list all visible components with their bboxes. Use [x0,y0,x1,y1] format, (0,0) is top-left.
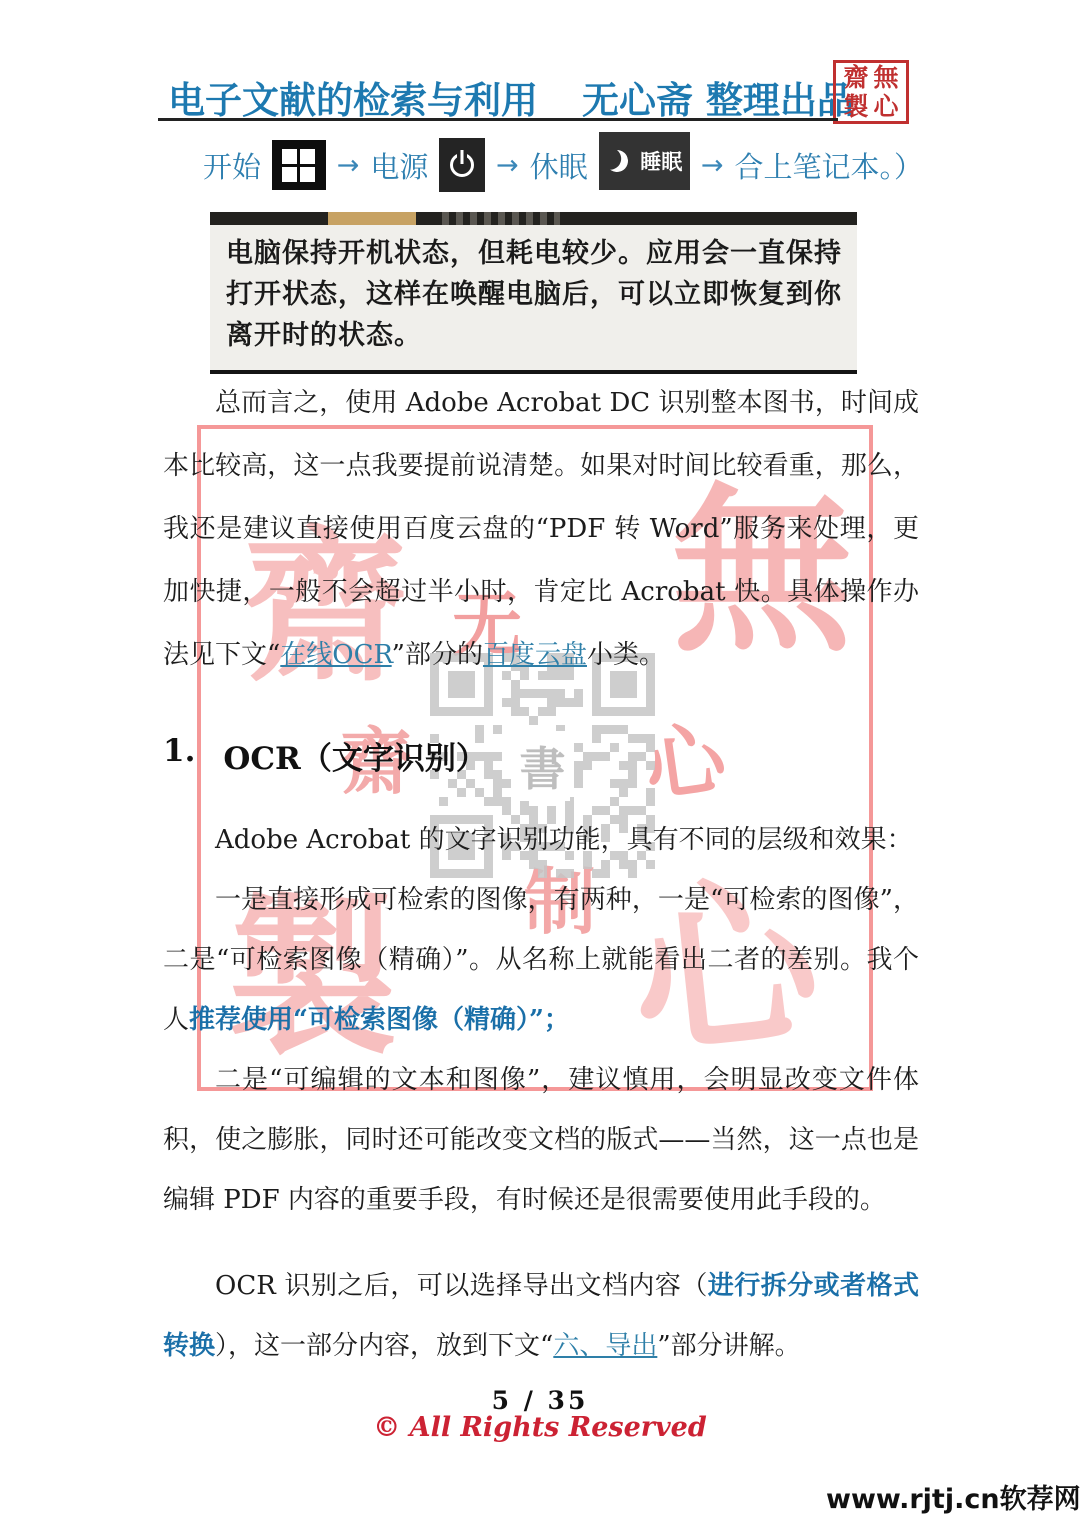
header-divider [158,118,838,121]
paragraph-text: ”部分的 [392,640,483,670]
sleep-instructions-row: 开始 → 电源 → 休眠 睡眠 → 合上笔记本。） [203,130,923,200]
paragraph-summary: 总而言之，使用 Adobe Acrobat DC 识别整本图书，时间成本比较高，… [163,372,919,687]
paragraph-text: 二是“可编辑的文本和图像”，建议慎用，会明显改变文件体积，使之膨胀，同时还可能改… [163,1065,919,1215]
sleep-label: 休眠 [530,145,588,186]
paragraph-text: OCR 识别之后，可以选择导出文档内容（ [215,1271,708,1301]
section-heading: 1. OCR（文字识别） [163,733,487,778]
paragraph-editable-text: 二是“可编辑的文本和图像”，建议慎用，会明显改变文件体积，使之膨胀，同时还可能改… [163,1050,919,1230]
sleep-mode-screenshot: 电脑保持开机状态，但耗电较少。应用会一直保持打开状态，这样在唤醒电脑后，可以立即… [210,212,857,374]
publisher-credit: 无心斋 整理出品 [582,70,854,124]
section-number: 1. [163,733,195,778]
start-label: 开始 [203,145,261,186]
screenshot-top-strip [210,212,857,225]
power-button [439,138,485,192]
link-baidu-cloud[interactable]: 百度云盘 [483,640,587,670]
paragraph-text: ”部分讲解。 [657,1331,800,1361]
copyright-notice: © All Rights Reserved [0,1412,1080,1443]
page-title: 电子文献的检索与利用 [168,70,538,124]
watermark-char-xin-small: 心 [640,717,730,807]
document-page: 齋 無 无 齋 心 制 製 心 書 电子文献的检索与利用 无心斋 整理出品 齋無… [0,0,1080,1527]
arrow-icon: → [496,150,519,181]
arrow-icon: → [337,150,360,181]
section-title: OCR（文字识别） [223,733,486,778]
close-laptop-label: 合上笔记本。） [734,145,923,186]
seal-text-line1: 齋無 [843,63,903,92]
windows-start-button [272,140,326,190]
paragraph-text: ），这一部分内容，放到下文“ [215,1331,553,1361]
paragraph-text: Adobe Acrobat 的文字识别功能，具有不同的层级和效果： [215,825,913,855]
power-label: 电源 [370,145,428,186]
windows-logo-icon [282,149,315,182]
arrow-icon: → [701,150,724,181]
sleep-button-label: 睡眠 [640,146,682,176]
sleep-menu-button: 睡眠 [599,132,690,190]
paragraph-ocr-levels: Adobe Acrobat 的文字识别功能，具有不同的层级和效果： [163,810,919,870]
studio-seal: 齋無 製心 [833,60,909,124]
site-watermark: www.rjtj.cn软荐网 [826,1477,1080,1516]
paragraph-searchable-image: 一是直接形成可检索的图像，有两种，一是“可检索的图像”，二是“可检索图像（精确）… [163,870,919,1050]
paragraph-export: OCR 识别之后，可以选择导出文档内容（进行拆分或者格式转换），这一部分内容，放… [163,1256,919,1376]
paragraph-text: 小类。 [587,640,665,670]
power-icon [447,150,477,180]
link-online-ocr[interactable]: 在线OCR [280,640,391,670]
page-indicator: 5 / 35 [0,1386,1080,1415]
recommendation-emphasis: 推荐使用“可检索图像（精确）”； [189,1005,570,1035]
link-export-section[interactable]: 六、导出 [553,1331,657,1361]
sleep-description-text: 电脑保持开机状态，但耗电较少。应用会一直保持打开状态，这样在唤醒电脑后，可以立即… [226,233,843,356]
moon-icon [604,148,631,175]
paragraph-text: 总而言之，使用 Adobe Acrobat DC 识别整本图书，时间成本比较高，… [163,388,919,670]
qr-center-seal: 書 [516,731,570,801]
seal-text-line2: 製心 [843,92,903,121]
